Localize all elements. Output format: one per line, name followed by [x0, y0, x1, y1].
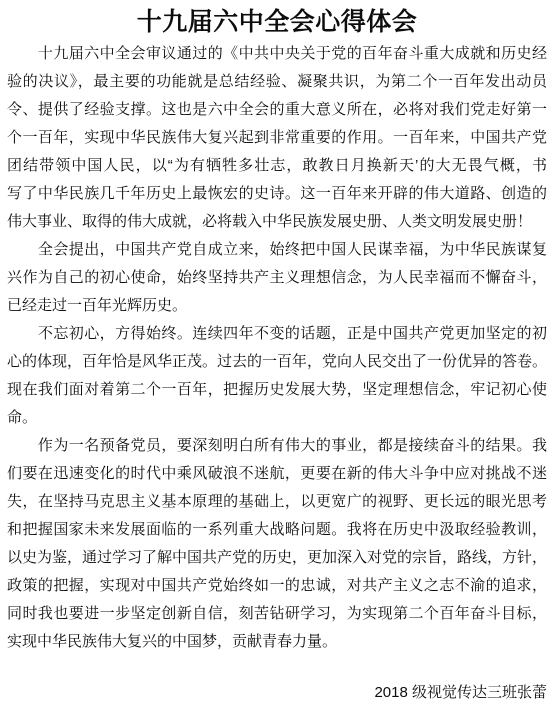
- document-page: 十九届六中全会心得体会 十九届六中全会审议通过的《中共中央关于党的百年奋斗重大成…: [0, 0, 554, 710]
- text-line: 失，在坚持马克思主义基本原理的基础上，以更宽广的视野、更长远的眼光思考: [7, 488, 547, 516]
- text-line: 验的决议》，最主要的功能就是总结经验、凝聚共识，为第二个一百年发出动员: [7, 68, 547, 96]
- paragraph-3: 不忘初心，方得始终。连续四年不变的话题，正是中国共产党更加坚定的初 心的体现，百…: [7, 320, 547, 432]
- text-line: 心的体现，百年恰是风华正茂。过去的一百年，党向人民交出了一份优异的答卷。: [7, 348, 547, 376]
- text-line: 全会提出，中国共产党自成立来，始终把中国人民谋幸福，为中华民族谋复: [7, 236, 547, 264]
- text-line: 写了中华民族几千年历史上最恢宏的史诗。这一百年来开辟的伟大道路、创造的: [7, 180, 547, 208]
- text-line: 们要在迅速变化的时代中乘风破浪不迷航，更要在新的伟大斗争中应对挑战不迷: [7, 460, 547, 488]
- text-line: 令、提供了经验支撑。这也是六中全会的重大意义所在，必将对我们党走好第一: [7, 96, 547, 124]
- author-signature: 2018 级视觉传达三班张蕾: [7, 680, 547, 706]
- paragraph-1: 十九届六中全会审议通过的《中共中央关于党的百年奋斗重大成就和历史经 验的决议》，…: [7, 40, 547, 236]
- text-line: 不忘初心，方得始终。连续四年不变的话题，正是中国共产党更加坚定的初: [7, 320, 547, 348]
- text-line: 已经走过一百年光辉历史。: [7, 292, 547, 320]
- text-line: 政策的把握，实现对中国共产党始终如一的忠诚，对共产主义之志不渝的追求，: [7, 572, 547, 600]
- paragraph-4: 作为一名预备党员，要深刻明白所有伟大的事业，都是接续奋斗的结果。我 们要在迅速变…: [7, 432, 547, 656]
- text-line: 团结带领中国人民，以“为有牺牲多壮志，敢教日月换新天’的大无畏气概，书: [7, 152, 547, 180]
- text-line: 和把握国家未来发展面临的一系列重大战略问题。我将在历史中汲取经验教训，: [7, 516, 547, 544]
- text-line: 兴作为自己的初心使命，始终坚持共产主义理想信念，为人民幸福而不懈奋斗，: [7, 264, 547, 292]
- text-line: 以史为鉴，通过学习了解中国共产党的历史，更加深入对党的宗旨，路线，方针，: [7, 544, 547, 572]
- paragraph-2: 全会提出，中国共产党自成立来，始终把中国人民谋幸福，为中华民族谋复 兴作为自己的…: [7, 236, 547, 320]
- document-body: 十九届六中全会审议通过的《中共中央关于党的百年奋斗重大成就和历史经 验的决议》，…: [7, 40, 547, 656]
- text-line: 个一百年，实现中华民族伟大复兴起到非常重要的作用。一百年来，中国共产党: [7, 124, 547, 152]
- text-line: 同时我也要进一步坚定创新自信，刻苦钻研学习，为实现第二个百年奋斗目标，: [7, 600, 547, 628]
- text-line: 命。: [7, 404, 547, 432]
- text-line: 作为一名预备党员，要深刻明白所有伟大的事业，都是接续奋斗的结果。我: [7, 432, 547, 460]
- document-title: 十九届六中全会心得体会: [7, 4, 547, 40]
- text-line: 实现中华民族伟大复兴的中国梦，贡献青春力量。: [7, 628, 547, 656]
- text-line: 伟大事业、取得的伟大成就，必将载入中华民族发展史册、人类文明发展史册！: [7, 208, 547, 236]
- text-line: 现在我们面对着第二个一百年，把握历史发展大势，坚定理想信念，牢记初心使: [7, 376, 547, 404]
- text-line: 十九届六中全会审议通过的《中共中央关于党的百年奋斗重大成就和历史经: [7, 40, 547, 68]
